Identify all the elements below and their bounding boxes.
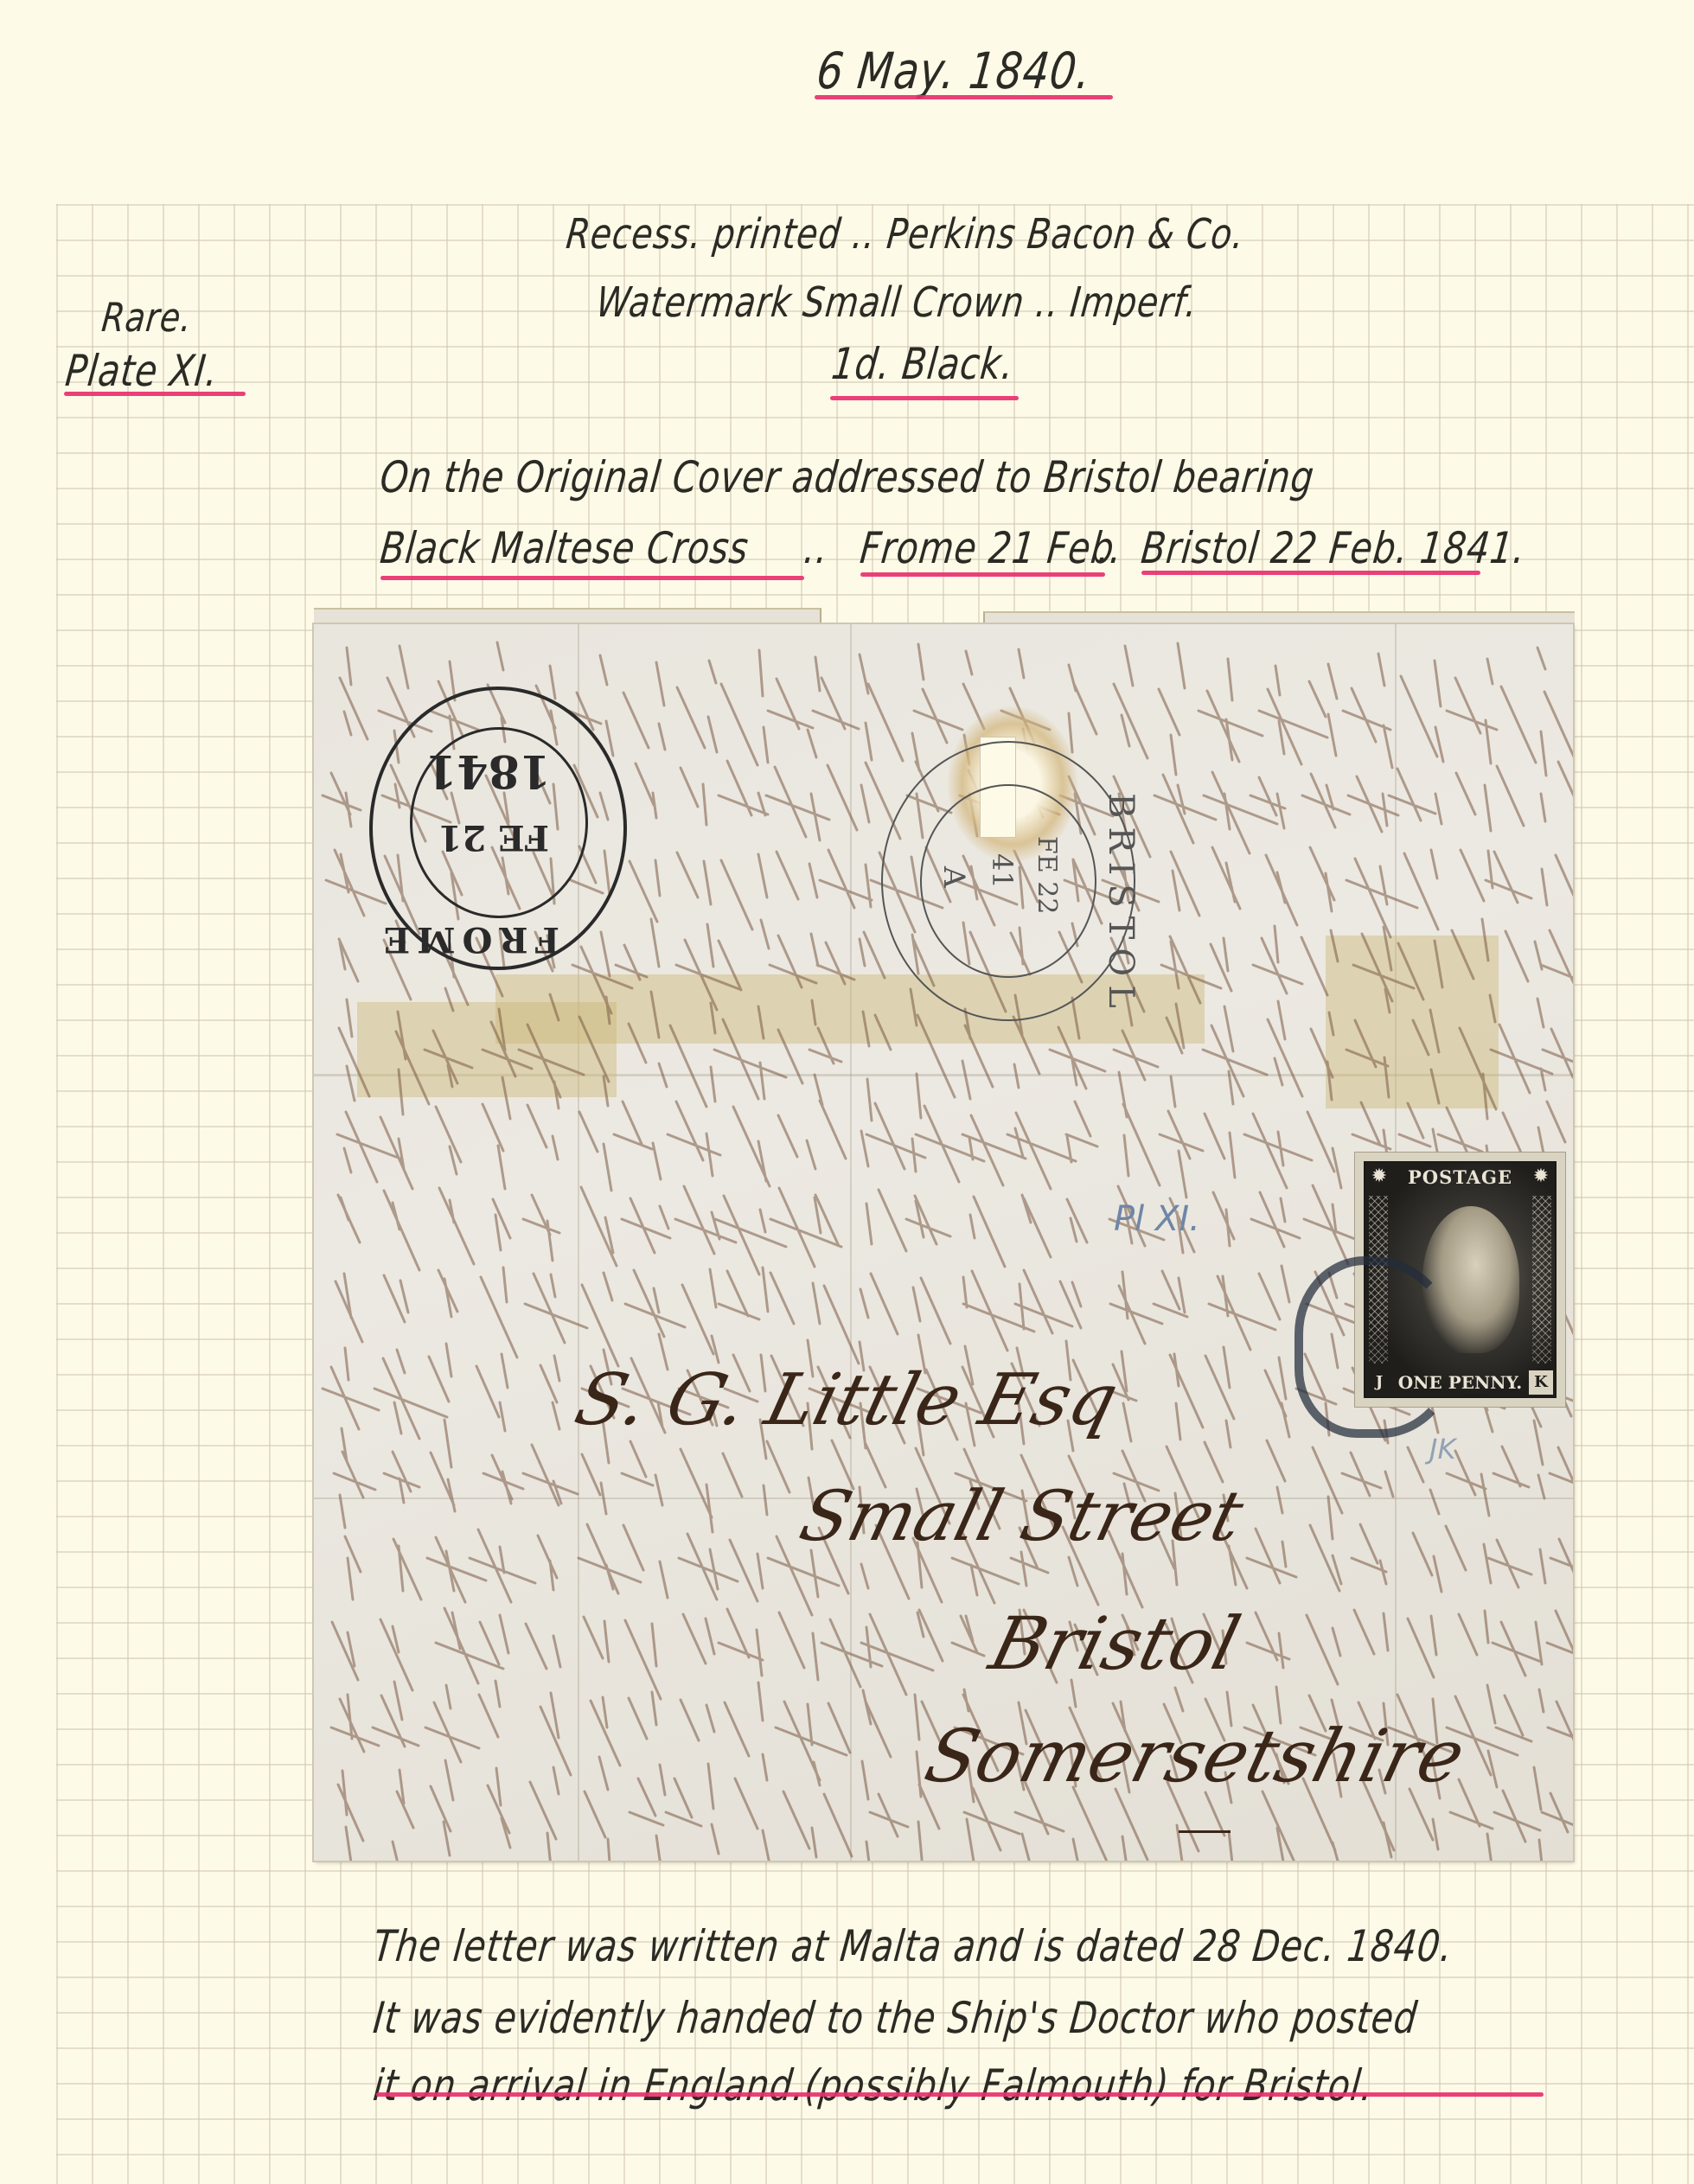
address-city: Bristol [982,1601,1248,1686]
postmark-date: FE 21 [438,817,549,858]
underline-bristol [1141,571,1480,575]
sidenote-rare: Rare. [99,294,195,341]
postmark-town: FROME [377,919,559,960]
description-line1: On the Original Cover addressed to Brist… [378,452,1317,502]
description-line2: Black Maltese Cross .. Frome 21 Feb .. B… [380,523,1505,575]
postmark-frome: FROME FE 21 1841 [368,685,627,970]
postmark-date: FE 22 [1032,836,1062,914]
footer-line3: it on arrival in England.(possibly Falmo… [371,2060,1376,2111]
stamp-side-ornament [1532,1196,1551,1363]
header-printing: Recess. printed .. Perkins Bacon & Co. [564,210,1247,259]
postmark-code: A [936,866,971,888]
postmark-bristol: BRISTOL FE 22 41 A [885,741,1135,1035]
footer-line1: The letter was written at Malta and is d… [371,1921,1455,1971]
stamp-corner-letter-right: K [1529,1370,1553,1395]
title-underline [815,95,1113,99]
separator: .. [1096,523,1125,573]
postmark-town: BRISTOL [1101,793,1141,1017]
star-icon: ✹ [1529,1165,1553,1189]
footer-underline [376,2092,1544,2097]
header-watermark: Watermark Small Crown .. Imperf. [594,278,1200,327]
underline-frome [860,572,1105,577]
postmark-year: 1841 [425,744,551,797]
page-title: 6 May. 1840. [814,42,1093,100]
stamp-postage-label: POSTAGE [1395,1166,1525,1188]
address-name: S. G. Little Esq [567,1359,1126,1441]
header-value-color: 1d. Black. [829,339,1016,389]
separator: .. [802,523,831,573]
postal-cover: FROME FE 21 1841 BRISTOL FE 22 41 A Pl X… [314,624,1573,1861]
cancel-type: Black Maltese Cross [378,523,751,573]
star-icon: ✹ [1367,1165,1391,1189]
frome-date: Frome 21 Feb [858,523,1117,573]
sidenote-plate: Plate XI. [63,346,221,396]
penny-black-stamp: ✹ ✹ POSTAGE J K ONE PENNY. [1355,1153,1565,1407]
sidenote-underline [64,392,246,396]
address-street: Small Street [792,1476,1250,1556]
postmark-year: 41 [986,853,1019,889]
bristol-date: Bristol 22 Feb. 1841. [1139,523,1528,573]
address-dash [1179,1830,1231,1833]
footer-line2: It was evidently handed to the Ship's Do… [371,1993,1420,2043]
address-county: Somersetshire [917,1714,1473,1798]
header-value-underline [830,396,1019,400]
underline-cancel [380,576,804,580]
pencil-plate-note: Pl XI. [1114,1199,1200,1239]
pencil-corner-letters: JK [1429,1433,1455,1466]
